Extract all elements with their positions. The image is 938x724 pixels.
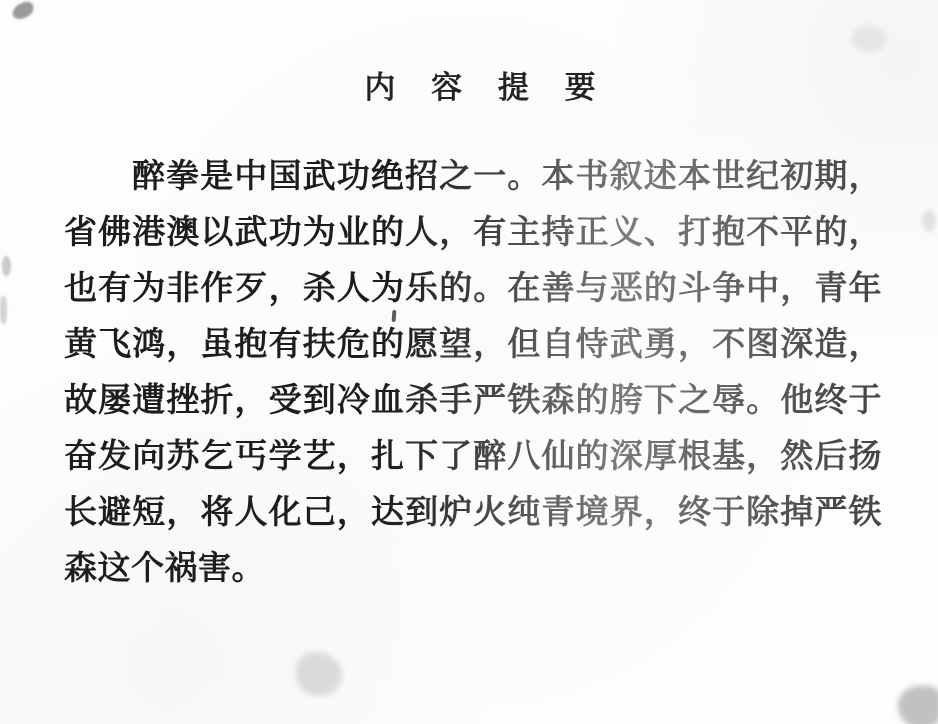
page-title: 内 容 提 要 (70, 62, 890, 107)
scan-artifact-right-edge-smudge (922, 210, 936, 232)
scanned-page: 内 容 提 要 醉拳是中国武功绝招之一。本书叙述本世纪初期， 省佛港澳以武功为业… (0, 0, 938, 724)
summary-paragraph: 醉拳是中国武功绝招之一。本书叙述本世纪初期， 省佛港澳以武功为业的人，有主持正义… (64, 149, 882, 597)
paragraph-line: 省佛港澳以武功为业的人，有主持正义、打抱不平的， (64, 205, 882, 261)
scan-artifact-left-edge-mark (2, 256, 11, 276)
paragraph-line: 醉拳是中国武功绝招之一。本书叙述本世纪初期， (64, 149, 882, 205)
paragraph-line: 故屡遭挫折，受到冷血杀手严铁森的胯下之辱。他终于 (64, 373, 882, 429)
paragraph-line: 也有为非作歹，杀人为乐的。在善与恶的斗争中，青年 (64, 261, 882, 317)
scan-artifact-left-edge-mark (0, 296, 7, 324)
scan-artifact-bottom-right-mark (898, 686, 938, 724)
paragraph-line: 奋发向苏乞丐学艺，扎下了醉八仙的深厚根基，然后扬 (64, 429, 882, 485)
paragraph-line: 黄飞鸿，虽抱有扶危的愿望，但自恃武勇，不图深造， (64, 317, 882, 373)
scan-artifact-top-right-smudge (852, 26, 886, 52)
paragraph-line: 森这个祸害。 (64, 541, 882, 597)
scan-artifact-bottom-blob (296, 652, 342, 696)
paragraph-line: 长避短，将人化己，达到炉火纯青境界，终于除掉严铁 (64, 485, 882, 541)
scan-artifact-top-left-mark (10, 0, 36, 21)
